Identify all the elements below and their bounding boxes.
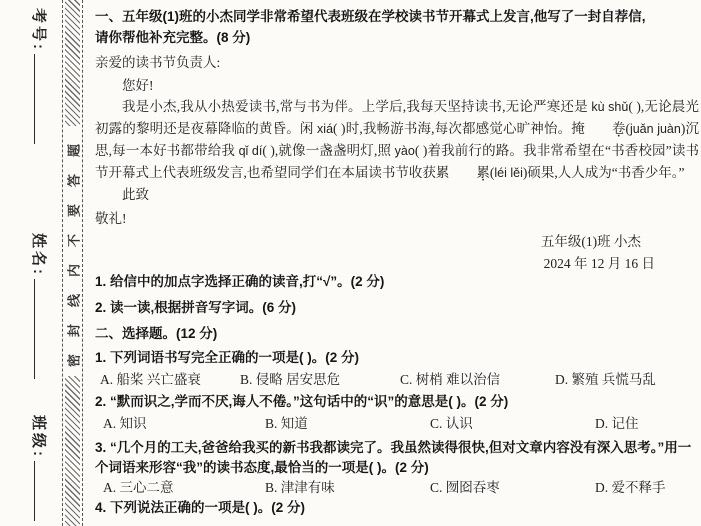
letter-text-6: ( ),就像一盏盏明灯,照: [262, 143, 394, 158]
student-name-label-text: 姓名:: [30, 233, 47, 277]
mc1-option-a: A. 船桨 兴亡盛衰: [100, 372, 240, 388]
mc3-option-b: B. 津津有味: [265, 480, 430, 496]
mc2-option-b: B. 知道: [265, 416, 430, 432]
mc1-option-d: D. 繁殖 兵慌马乱: [555, 372, 699, 388]
exam-number-label: 考号:: [29, 8, 50, 144]
letter-date: 2024 年 12 月 16 日: [95, 256, 699, 271]
seal-line-text: 密封线内不要答题: [63, 127, 82, 367]
dotted-char-juan: 卷: [585, 118, 626, 140]
pinyin-yao: yào: [395, 144, 415, 158]
subquestion-1: 1. 给信中的加点字选择正确的读音,打“√”。(2 分): [95, 274, 699, 290]
mc2-option-a: A. 知识: [103, 416, 265, 432]
seal-strip: 密封线内不要答题: [62, 0, 83, 526]
mc3-stem: 3. “几个月的工夫,爸爸给我买的新书我都读完了。我虽然读得很快,但对文章内容没…: [95, 438, 699, 478]
mc1-stem: 1. 下列词语书写完全正确的一项是( )。(2 分): [95, 350, 699, 366]
mc2-option-c: C. 认识: [430, 416, 595, 432]
student-name-blank-line: [34, 279, 49, 379]
mc1-options: A. 船桨 兴亡盛衰 B. 侵略 居安思危 C. 树梢 难以治信 D. 繁殖 兵…: [95, 372, 699, 388]
letter-body-paragraph: 我是小杰,我从小热爱读书,常与书为伴。上学后,我每天坚持读书,无论严寒还是 kù…: [95, 96, 699, 184]
letter-salute: 敬礼!: [95, 210, 699, 227]
section2-title: 二、选择题。(12 分): [95, 326, 699, 342]
class-label: 班级:: [29, 415, 50, 521]
hatch-pattern-top: [65, 0, 80, 126]
subquestion-2: 2. 读一读,根据拼音写字词。(6 分): [95, 300, 699, 316]
mc4-stem-clipped: 4. 下列说法正确的一项是( )。(2 分): [95, 500, 699, 516]
mc1-option-c: C. 树梢 难以治信: [400, 372, 555, 388]
letter-text-1: 我是小杰,我从小热爱读书,常与书为伴。上学后,我每天坚持读书,无论严寒还是: [122, 99, 591, 114]
pinyin-xia: xiá: [317, 122, 333, 136]
section1-title-line1: 一、五年级(1)班的小杰同学非常希望代表班级在学校读书节开幕式上发言,他写了一封…: [95, 6, 699, 27]
letter-signature: 五年级(1)班 小杰: [95, 233, 699, 250]
letter-closing: 此致: [95, 186, 699, 203]
letter-text-9: )硕果,人人成为“书香少年。”: [523, 165, 685, 180]
letter-salutation: 亲爱的读书节负责人:: [95, 54, 699, 71]
mc3-options: A. 三心二意 B. 津津有味 C. 囫囵吞枣 D. 爱不释手: [95, 480, 699, 496]
section1-title: 一、五年级(1)班的小杰同学非常希望代表班级在学校读书节开幕式上发言,他写了一封…: [95, 6, 699, 48]
mc3-option-c: C. 囫囵吞枣: [430, 480, 595, 496]
pinyin-kushu: kù shǔ: [591, 100, 628, 114]
hatch-pattern-bottom: [65, 376, 80, 526]
student-name-label: 姓名:: [29, 233, 50, 379]
mc2-options: A. 知识 B. 知道 C. 认识 D. 记住: [95, 416, 699, 432]
mc3-option-d: D. 爱不释手: [595, 480, 699, 496]
pinyin-qidi: qǐ dí: [239, 144, 263, 158]
mc3-option-a: A. 三心二意: [103, 480, 265, 496]
class-label-text: 班级:: [30, 415, 47, 459]
exam-content: 一、五年级(1)班的小杰同学非常希望代表班级在学校读书节开幕式上发言,他写了一封…: [95, 0, 699, 526]
section1-title-line2: 请你帮他补充完整。(8 分): [95, 27, 699, 48]
exam-number-blank-line: [34, 54, 49, 144]
pinyin-juan-juan: juǎn juàn: [630, 122, 681, 136]
mc2-option-d: D. 记住: [595, 416, 699, 432]
letter-text-3: ( )时,我畅游书海,每次都感觉心旷神怡。掩: [333, 121, 585, 136]
mc2-stem: 2. “默而识之,学而不厌,诲人不倦。”这句话中的“识”的意思是( )。(2 分…: [95, 394, 699, 410]
exam-paper-page: 考号: 姓名: 班级: 密封线内不要答题 一、五年级(1)班的小杰同学非常希望代…: [0, 0, 701, 526]
mc1-option-b: B. 侵略 居安思危: [240, 372, 400, 388]
pinyin-lei-lei: léi lěi: [494, 166, 523, 180]
dotted-char-lei: 累: [449, 162, 490, 184]
letter-greeting: 您好!: [95, 77, 699, 94]
exam-number-label-text: 考号:: [30, 8, 47, 52]
class-blank-line: [34, 461, 49, 521]
